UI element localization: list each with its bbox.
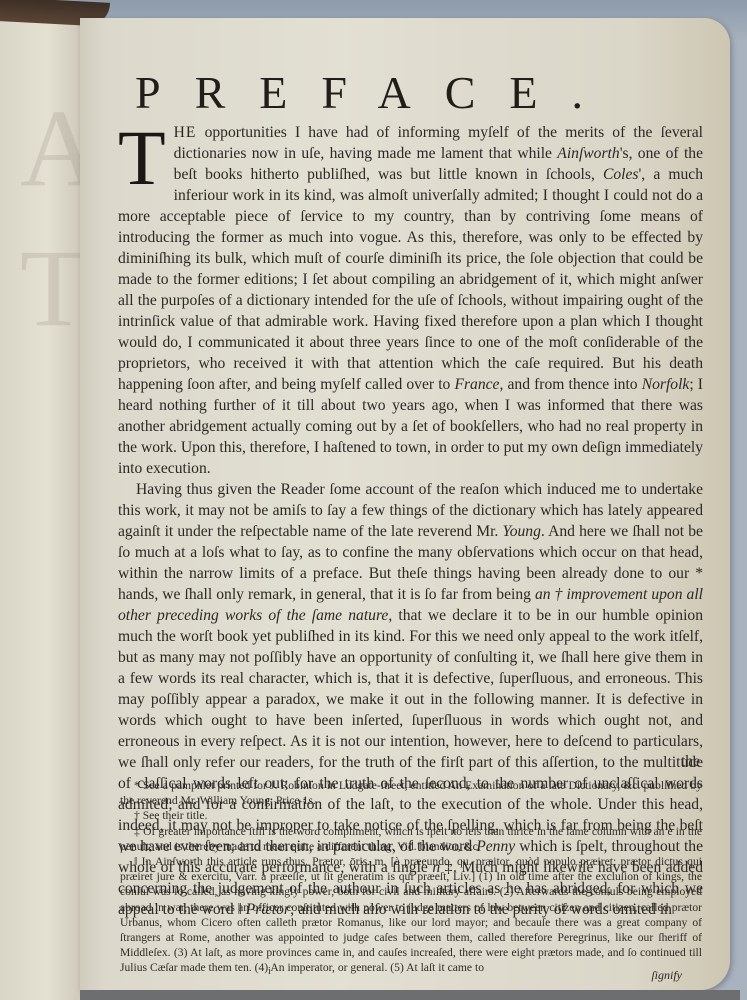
footnotes: * See a pamphlet printed for J. Robinſon… xyxy=(120,778,702,976)
text-segment: ', a much inferiour work in its kind, wa… xyxy=(118,166,703,393)
show-through-text: AT xyxy=(20,78,70,378)
footnote-4: ‖ In Ainſworth this article runs thus. P… xyxy=(120,854,702,976)
text-segment: Norfolk xyxy=(642,376,690,393)
footnote-mark: † xyxy=(134,809,140,822)
table-surface xyxy=(80,990,740,1000)
text-segment: , and from thence into xyxy=(499,376,641,393)
footnote-3: ‡ Of greater importance ſtill is the wor… xyxy=(120,824,702,854)
left-page: AT xyxy=(0,8,81,1000)
text-segment: HE xyxy=(174,124,197,141)
catchword: the xyxy=(681,753,700,771)
footnote-mark: ‖ xyxy=(134,855,137,868)
footnote-text: Of greater importance ſtill is the word … xyxy=(120,825,702,853)
footnote-mark: * xyxy=(134,779,140,792)
page-title: PREFACE. xyxy=(135,66,675,119)
footnote-text: See a pamphlet printed for J. Robinſon i… xyxy=(120,779,702,807)
paragraph-1-text: HE opportunities I have had of informing… xyxy=(118,124,703,477)
text-segment: Young xyxy=(502,523,540,540)
footnote-text: In Ainſworth this article runs thus. Præ… xyxy=(120,855,702,974)
footnote-1: * See a pamphlet printed for J. Robinſon… xyxy=(120,778,702,808)
footnote-catchword: ſignify xyxy=(651,968,682,983)
footnote-2: † See their title. xyxy=(120,808,702,823)
signature-mark: i xyxy=(268,966,271,977)
drop-cap: T xyxy=(118,126,166,190)
footnote-text: See their title. xyxy=(143,809,208,822)
text-segment: France xyxy=(454,376,499,393)
text-segment: Coles xyxy=(603,166,639,183)
right-page: PREFACE. T HE opportunities I have had o… xyxy=(80,18,730,990)
paragraph-1: T HE opportunities I have had of informi… xyxy=(118,122,703,479)
footnote-mark: ‡ xyxy=(134,825,140,838)
text-segment: Ainſworth xyxy=(557,145,619,162)
